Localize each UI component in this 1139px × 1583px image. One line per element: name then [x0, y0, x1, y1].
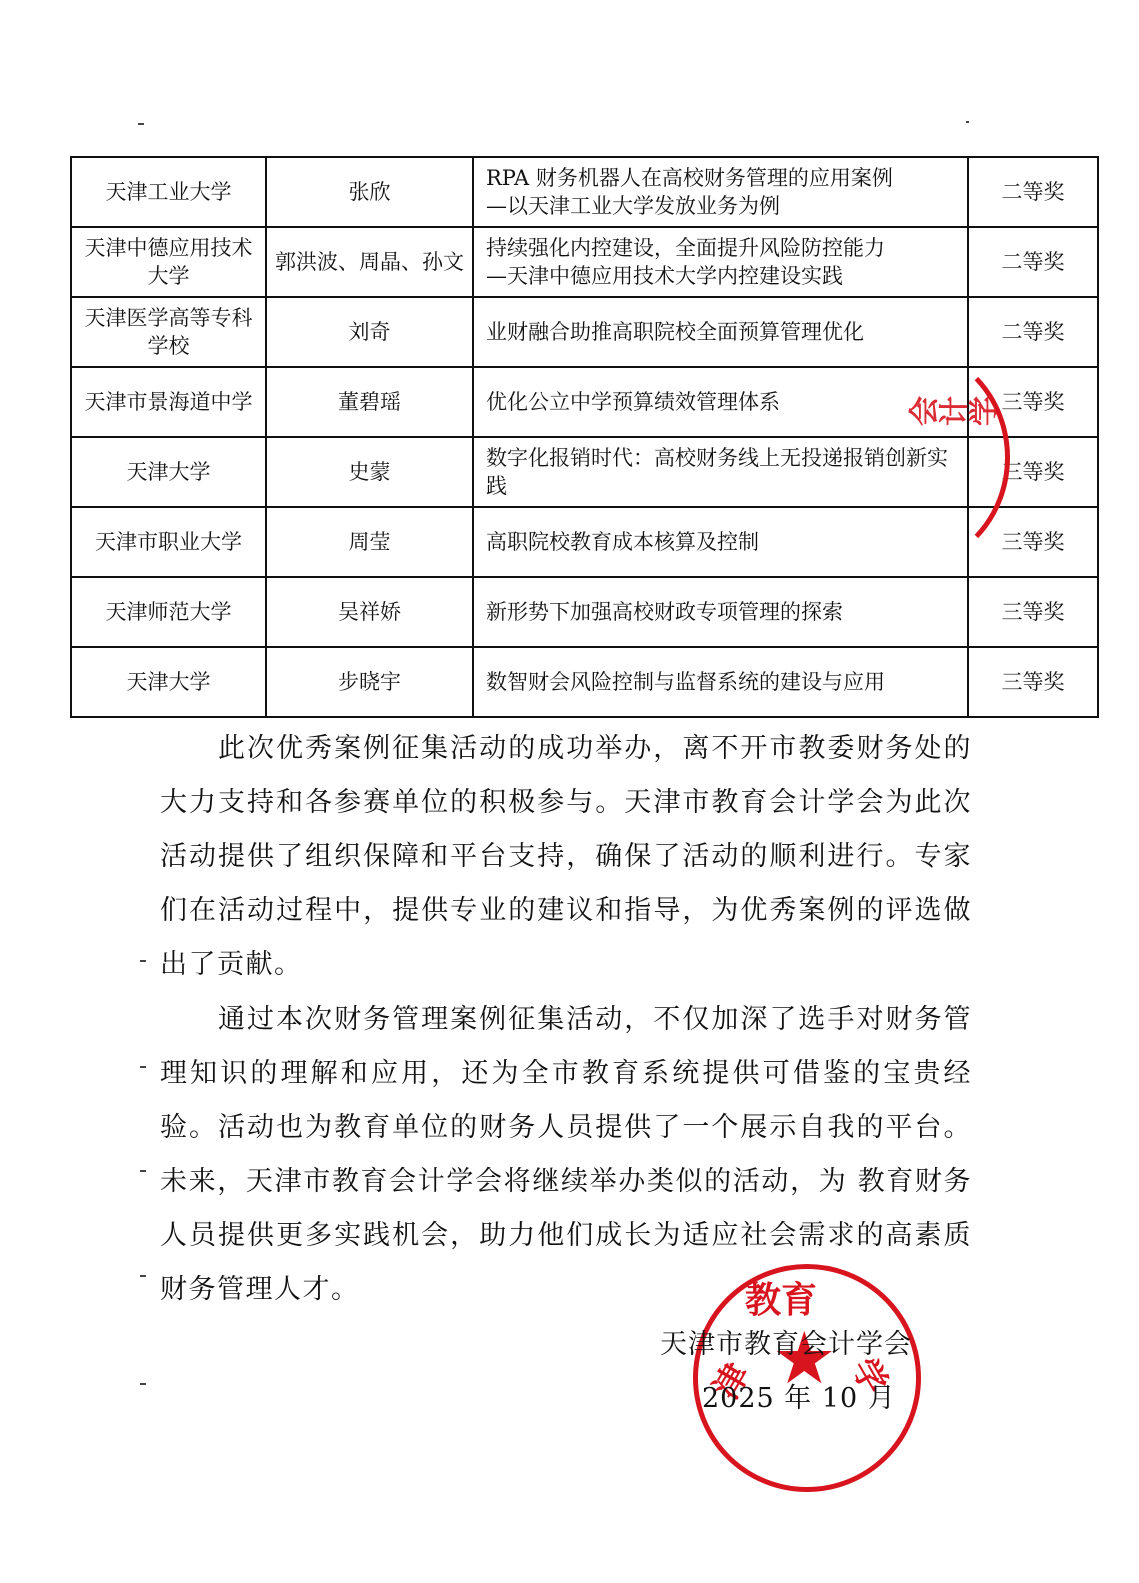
- authors-cell: 周莹: [266, 507, 473, 577]
- margin-mark: [140, 1066, 146, 1068]
- award-cell: 二等奖: [968, 157, 1098, 227]
- title-cell: 数字化报销时代：高校财务线上无投递报销创新实践: [473, 437, 968, 507]
- table-row: 天津中德应用技术大学 郭洪波、周晶、孙文 持续强化内控建设，全面提升风险防控能力…: [71, 227, 1098, 297]
- title-cell: 优化公立中学预算绩效管理体系: [473, 367, 968, 437]
- award-cell: 三等奖: [968, 437, 1098, 507]
- authors-cell: 郭洪波、周晶、孙文: [266, 227, 473, 297]
- margin-mark: [966, 121, 969, 123]
- unit-cell: 天津医学高等专科学校: [71, 297, 266, 367]
- unit-cell: 天津师范大学: [71, 577, 266, 647]
- authors-cell: 吴祥娇: [266, 577, 473, 647]
- body-paragraph-2: 通过本次财务管理案例征集活动，不仅加深了选手对财务管理知识的理解和应用，还为全市…: [160, 993, 972, 1317]
- award-cell: 三等奖: [968, 507, 1098, 577]
- margin-mark: [140, 1275, 146, 1277]
- signature-date: 2025 年 10 月: [702, 1376, 896, 1415]
- table-row: 天津市职业大学 周莹 高职院校教育成本核算及控制 三等奖: [71, 507, 1098, 577]
- authors-cell: 步晓宇: [266, 647, 473, 717]
- award-cell: 二等奖: [968, 297, 1098, 367]
- table-row: 天津师范大学 吴祥娇 新形势下加强高校财政专项管理的探索 三等奖: [71, 577, 1098, 647]
- unit-cell: 天津中德应用技术大学: [71, 227, 266, 297]
- unit-cell: 天津工业大学: [71, 157, 266, 227]
- authors-cell: 董碧瑶: [266, 367, 473, 437]
- award-cell: 二等奖: [968, 227, 1098, 297]
- title-cell: RPA 财务机器人在高校财务管理的应用案例 —以天津工业大学发放业务为例: [473, 157, 968, 227]
- title-cell: 持续强化内控建设，全面提升风险防控能力 —天津中德应用技术大学内控建设实践: [473, 227, 968, 297]
- title-cell: 新形势下加强高校财政专项管理的探索: [473, 577, 968, 647]
- unit-cell: 天津大学: [71, 437, 266, 507]
- authors-cell: 张欣: [266, 157, 473, 227]
- unit-cell: 天津市景海道中学: [71, 367, 266, 437]
- margin-mark: [138, 123, 144, 125]
- table-row: 天津工业大学 张欣 RPA 财务机器人在高校财务管理的应用案例 —以天津工业大学…: [71, 157, 1098, 227]
- title-cell: 业财融合助推高职院校全面预算管理优化: [473, 297, 968, 367]
- title-cell: 高职院校教育成本核算及控制: [473, 507, 968, 577]
- margin-mark: [140, 1170, 146, 1172]
- table-row: 天津大学 史蒙 数字化报销时代：高校财务线上无投递报销创新实践 三等奖: [71, 437, 1098, 507]
- award-cell: 三等奖: [968, 647, 1098, 717]
- signature-organization: 天津市教育会计学会: [660, 1322, 912, 1361]
- seal-fragment-text: 会计学: [908, 392, 998, 438]
- margin-mark: [140, 960, 146, 962]
- authors-cell: 史蒙: [266, 437, 473, 507]
- unit-cell: 天津市职业大学: [71, 507, 266, 577]
- authors-cell: 刘奇: [266, 297, 473, 367]
- unit-cell: 天津大学: [71, 647, 266, 717]
- body-paragraph-1: 此次优秀案例征集活动的成功举办，离不开市教委财务处的大力支持和各参赛单位的积极参…: [160, 722, 972, 992]
- table-row: 天津医学高等专科学校 刘奇 业财融合助推高职院校全面预算管理优化 二等奖: [71, 297, 1098, 367]
- award-cell: 三等奖: [968, 577, 1098, 647]
- title-cell: 数智财会风险控制与监督系统的建设与应用: [473, 647, 968, 717]
- table-row: 天津大学 步晓宇 数智财会风险控制与监督系统的建设与应用 三等奖: [71, 647, 1098, 717]
- margin-mark: [140, 1383, 146, 1385]
